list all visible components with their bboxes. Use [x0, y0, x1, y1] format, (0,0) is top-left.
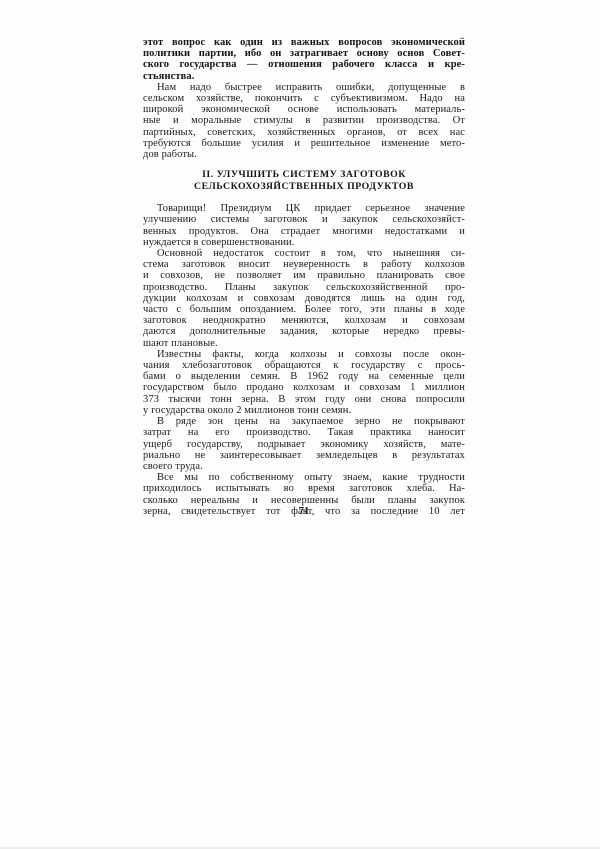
paragraph: Основной недостаток состоит в том, что н…: [143, 248, 465, 349]
text-line: ского государства — отношения рабочего к…: [143, 59, 465, 70]
text-line: дукции колхозам и совхозам доводятся лиш…: [143, 293, 465, 304]
text-line: сельском хозяйстве, покончить с субъекти…: [143, 93, 465, 104]
text-line: ные и моральные стимулы в развитии произ…: [143, 115, 465, 126]
text-line: шают плановые.: [143, 338, 465, 349]
text-line: партийных, советских, хозяйственных орга…: [143, 127, 465, 138]
paragraph-continuation-bold: этот вопрос как один из важных вопросов …: [143, 37, 465, 82]
text-line: ущерб государству, подрывает экономику х…: [143, 439, 465, 450]
text-line: затрат на его производство. Такая практи…: [143, 427, 465, 438]
text-line: этот вопрос как один из важных вопросов …: [143, 37, 465, 48]
text-line: государством было продано колхозам и сов…: [143, 382, 465, 393]
text-line: часто с большим опозданием. Более того, …: [143, 304, 465, 315]
text-line: политики партии, ибо он затрагивает осно…: [143, 48, 465, 59]
text-line: Нам надо быстрее исправить ошибки, допущ…: [143, 82, 465, 93]
text-line: приходилось испытывать во время заготово…: [143, 483, 465, 494]
text-line: у государства около 2 миллионов тонн сем…: [143, 405, 465, 416]
paragraph: Товарищи! Президиум ЦК придает серьезное…: [143, 203, 465, 248]
section-heading-line: СЕЛЬСКОХОЗЯЙСТВЕННЫХ ПРОДУКТОВ: [143, 181, 465, 193]
text-line: даются дополнительные задания, которые н…: [143, 326, 465, 337]
text-line: Товарищи! Президиум ЦК придает серьезное…: [143, 203, 465, 214]
section-heading-line: II. УЛУЧШИТЬ СИСТЕМУ ЗАГОТОВОК: [143, 169, 465, 181]
text-line: Известны факты, когда колхозы и совхозы …: [143, 349, 465, 360]
text-line: дов работы.: [143, 149, 465, 160]
text-line: производство. Планы закупок сельскохозяй…: [143, 282, 465, 293]
text-line: 373 тысячи тонн зерна. В этом году они с…: [143, 394, 465, 405]
text-line: Основной недостаток состоит в том, что н…: [143, 248, 465, 259]
section-heading: II. УЛУЧШИТЬ СИСТЕМУ ЗАГОТОВОК СЕЛЬСКОХО…: [143, 169, 465, 193]
text-line: стема заготовок вносит неуверенность в р…: [143, 259, 465, 270]
text-line: широкой экономической основе использоват…: [143, 104, 465, 115]
text-line: венных продуктов. Она страдает многими н…: [143, 226, 465, 237]
text-line: нуждается в совершенствовании.: [143, 237, 465, 248]
text-line: и совхозов, не позволяет им правильно пл…: [143, 270, 465, 281]
page-number: 71: [143, 506, 465, 517]
text-line: заготовок неоднократно меняются, колхоза…: [143, 315, 465, 326]
paragraph: Нам надо быстрее исправить ошибки, допущ…: [143, 82, 465, 160]
text-line: бами о выделении семян. В 1962 году на с…: [143, 371, 465, 382]
text-line: сколько нереальны и несовершенны были пл…: [143, 495, 465, 506]
paragraph: Известны факты, когда колхозы и совхозы …: [143, 349, 465, 416]
text-line: чания хлебозаготовок обращаются к госуда…: [143, 360, 465, 371]
scanned-book-page: этот вопрос как один из важных вопросов …: [0, 0, 600, 849]
text-line: требуются большие усилия и решительное и…: [143, 138, 465, 149]
text-line: стьянства.: [143, 71, 465, 82]
text-line: Все мы по собственному опыту знаем, каки…: [143, 472, 465, 483]
text-line: риально не заинтересовывает земледельцев…: [143, 450, 465, 461]
text-column: этот вопрос как один из важных вопросов …: [143, 37, 465, 517]
text-line: своего труда.: [143, 461, 465, 472]
text-line: улучшению системы заготовок и закупок се…: [143, 214, 465, 225]
paragraph: В ряде зон цены на закупаемое зерно не п…: [143, 416, 465, 472]
text-line: В ряде зон цены на закупаемое зерно не п…: [143, 416, 465, 427]
